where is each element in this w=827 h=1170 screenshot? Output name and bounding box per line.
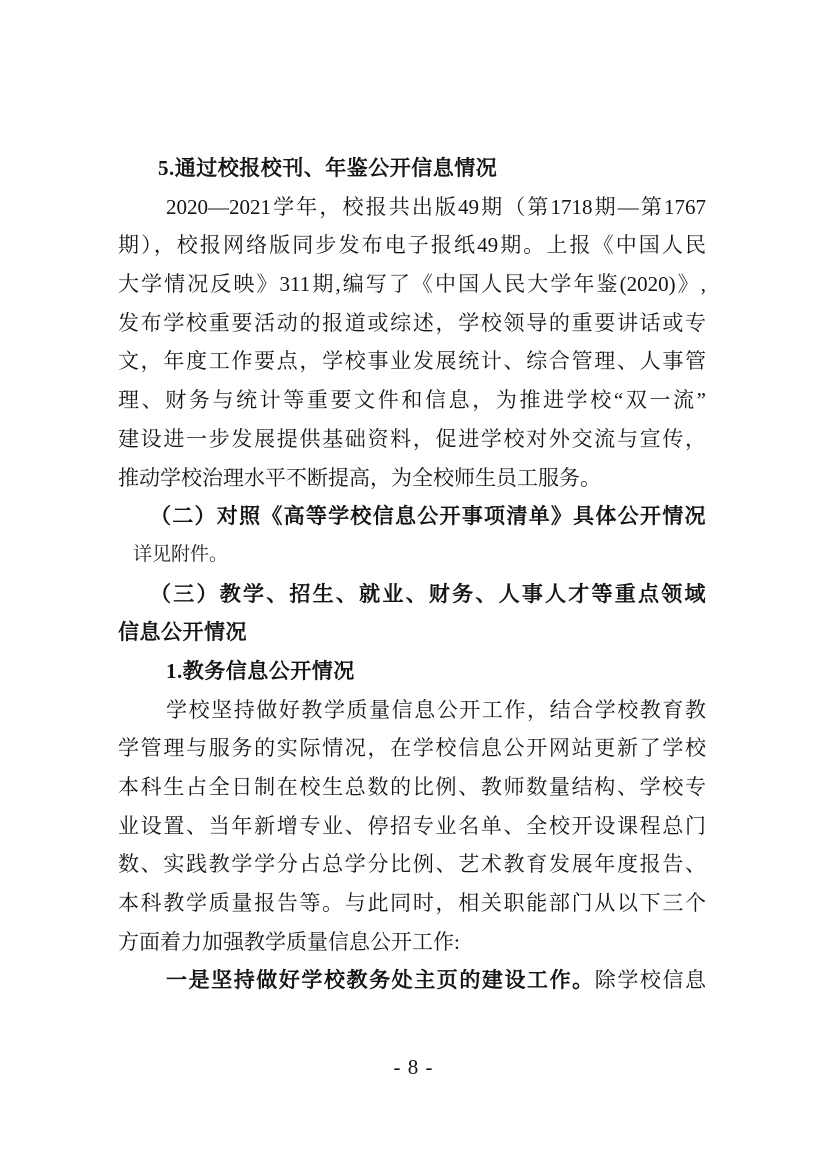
- body-text: 推动学校治理水平不断提高，为全校师生员工服务。: [118, 466, 601, 490]
- document-line: （三）教学、招生、就业、财务、人事人才等重点领域: [118, 575, 706, 614]
- body-text: 期），校报网络版同步发布电子报纸49期。上报《中国人民: [118, 233, 706, 257]
- emphasis-text: （三）教学、招生、就业、财务、人事人才等重点领域: [150, 582, 706, 606]
- body-text: 方面着力加强教学质量信息公开工作:: [118, 930, 460, 954]
- document-line: 业设置、当年新增专业、停招专业名单、全校开设课程总门: [118, 807, 706, 846]
- body-text: 建设进一步发展提供基础资料，促进学校对外交流与宣传，: [118, 427, 706, 451]
- text-block: 5.通过校报校刊、年鉴公开信息情况2020—2021学年，校报共出版49期（第1…: [118, 149, 706, 1000]
- document-line: 大学情况反映》311期,编写了《中国人民大学年鉴(2020)》,: [118, 265, 706, 304]
- body-text: 理、财务与统计等重要文件和信息，为推进学校“双一流”: [118, 388, 706, 412]
- emphasis-text: （二）对照《高等学校信息公开事项清单》具体公开情况: [150, 504, 706, 528]
- body-text: 学管理与服务的实际情况，在学校信息公开网站更新了学校: [118, 736, 706, 760]
- page-number: - 8 -: [0, 1055, 827, 1080]
- document-line: 信息公开情况: [118, 613, 706, 652]
- document-line: 推动学校治理水平不断提高，为全校师生员工服务。: [118, 459, 706, 498]
- document-line: 2020—2021学年，校报共出版49期（第1718期—第1767: [118, 188, 706, 227]
- document-line: 学校坚持做好教学质量信息公开工作，结合学校教育教: [118, 691, 706, 730]
- document-line: 本科教学质量报告等。与此同时，相关职能部门从以下三个: [118, 884, 706, 923]
- emphasis-text: 一是坚持做好学校教务处主页的建设工作。: [166, 968, 595, 992]
- document-line: 数、实践教学学分占总学分比例、艺术教育发展年度报告、: [118, 845, 706, 884]
- body-text: 本科教学质量报告等。与此同时，相关职能部门从以下三个: [118, 891, 706, 915]
- emphasis-text: 5.通过校报校刊、年鉴公开信息情况: [158, 156, 497, 180]
- document-line: 方面着力加强教学质量信息公开工作:: [118, 923, 706, 962]
- document-line: 1.教务信息公开情况: [118, 652, 706, 691]
- body-text: 学校坚持做好教学质量信息公开工作，结合学校教育教: [166, 698, 706, 722]
- document-line: 文，年度工作要点，学校事业发展统计、综合管理、人事管: [118, 342, 706, 381]
- body-text: 数、实践教学学分占总学分比例、艺术教育发展年度报告、: [118, 852, 706, 876]
- document-line: 本科生占全日制在校生总数的比例、教师数量结构、学校专: [118, 768, 706, 807]
- emphasis-text: 信息公开情况: [118, 620, 247, 644]
- body-text: 业设置、当年新增专业、停招专业名单、全校开设课程总门: [118, 814, 706, 838]
- body-text: 大学情况反映》311期,编写了《中国人民大学年鉴(2020)》,: [118, 272, 706, 296]
- document-line: 期），校报网络版同步发布电子报纸49期。上报《中国人民: [118, 226, 706, 265]
- body-text: 详见附件。: [133, 544, 228, 565]
- document-line: 5.通过校报校刊、年鉴公开信息情况: [118, 149, 706, 188]
- document-line: 建设进一步发展提供基础资料，促进学校对外交流与宣传，: [118, 420, 706, 459]
- emphasis-text: 1.教务信息公开情况: [166, 659, 355, 683]
- body-text: 本科生占全日制在校生总数的比例、教师数量结构、学校专: [118, 775, 706, 799]
- document-line: 理、财务与统计等重要文件和信息，为推进学校“双一流”: [118, 381, 706, 420]
- document-line: （二）对照《高等学校信息公开事项清单》具体公开情况: [118, 497, 706, 536]
- body-text: 2020—2021学年，校报共出版49期（第1718期—第1767: [166, 195, 706, 219]
- document-page: 5.通过校报校刊、年鉴公开信息情况2020—2021学年，校报共出版49期（第1…: [0, 0, 827, 1170]
- document-line: 发布学校重要活动的报道或综述，学校领导的重要讲话或专: [118, 304, 706, 343]
- body-text: 发布学校重要活动的报道或综述，学校领导的重要讲话或专: [118, 311, 706, 335]
- body-text: 除学校信息: [595, 968, 706, 992]
- document-line: 详见附件。: [118, 536, 706, 575]
- body-text: 文，年度工作要点，学校事业发展统计、综合管理、人事管: [118, 349, 706, 373]
- document-line: 一是坚持做好学校教务处主页的建设工作。除学校信息: [118, 961, 706, 1000]
- document-line: 学管理与服务的实际情况，在学校信息公开网站更新了学校: [118, 729, 706, 768]
